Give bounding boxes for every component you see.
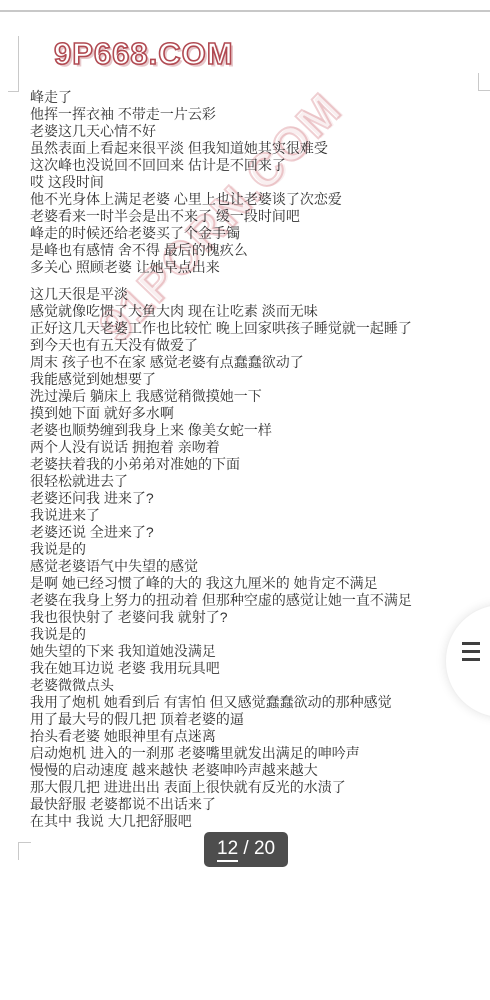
text-line: 我能感觉到她想要了 (30, 371, 470, 388)
text-line: 他不光身体上满足老婆 心里上也让老婆谈了次恋爱 (30, 191, 470, 208)
text-line: 启动炮机 进入的一刹那 老婆嘴里就发出满足的呻吟声 (30, 745, 470, 762)
page-total: 20 (254, 838, 275, 859)
text-line: 这几天很是平淡 (30, 286, 470, 303)
text-line: 老婆在我身上努力的扭动着 但那种空虚的感觉让她一直不满足 (30, 592, 470, 609)
crop-mark-top-left (8, 91, 19, 92)
text-line: 她失望的下来 我知道她没满足 (30, 643, 470, 660)
crop-mark-bottom-left (18, 842, 31, 843)
text-line: 正好这几天老婆工作也比较忙 晚上回家哄孩子睡觉就一起睡了 (30, 320, 470, 337)
text-line: 多关心 照顾老婆 让她早点出来 (30, 259, 470, 276)
text-line: 洗过澡后 躺床上 我感觉稍微摸她一下 (30, 388, 470, 405)
text-line: 老婆还说 全进来了? (30, 524, 470, 541)
text-line: 峰走的时候还给老婆买了个金手镯 (30, 225, 470, 242)
text-line: 是啊 她已经习惯了峰的大的 我这九厘米的 她肯定不满足 (30, 575, 470, 592)
text-line (30, 276, 470, 286)
text-line: 摸到她下面 就好多水啊 (30, 405, 470, 422)
text-line: 峰走了 (30, 89, 470, 106)
text-line: 感觉就像吃惯了大鱼大肉 现在让吃素 淡而无味 (30, 303, 470, 320)
text-line: 在其中 我说 大几把舒服吧 (30, 813, 470, 830)
text-line: 那大假几把 进进出出 表面上很快就有反光的水渍了 (30, 779, 470, 796)
crop-mark-top-right (478, 90, 490, 91)
text-line: 老婆微微点头 (30, 677, 470, 694)
text-line: 两个人没有说话 拥抱着 亲吻着 (30, 439, 470, 456)
text-line: 慢慢的启动速度 越来越快 老婆呻吟声越来越大 (30, 762, 470, 779)
text-line: 我说进来了 (30, 507, 470, 524)
text-line: 到今天也有五天没有做爱了 (30, 337, 470, 354)
text-line: 老婆看来一时半会是出不来了 缓一段时间吧 (30, 208, 470, 225)
text-line: 我用了炮机 她看到后 有害怕 但又感觉蠢蠢欲动的那种感觉 (30, 694, 470, 711)
text-line: 我在她耳边说 老婆 我用玩具吧 (30, 660, 470, 677)
text-line: 我也很快射了 老婆问我 就射了? (30, 609, 470, 626)
text-line: 我说是的 (30, 541, 470, 558)
text-line: 老婆也顺势缠到我身上来 像美女蛇一样 (30, 422, 470, 439)
document-body: 峰走了他挥一挥衣袖 不带走一片云彩老婆这几天心情不好虽然表面上看起来很平淡 但我… (30, 89, 470, 830)
page-current: 12 (217, 838, 238, 862)
text-line: 感觉老婆语气中失望的感觉 (30, 558, 470, 575)
text-line: 他挥一挥衣袖 不带走一片云彩 (30, 106, 470, 123)
text-line: 老婆扶着我的小弟弟对准她的下面 (30, 456, 470, 473)
crop-mark-top-left (18, 36, 19, 92)
text-line: 很轻松就进去了 (30, 473, 470, 490)
crop-mark-bottom-left (18, 842, 19, 860)
text-line: 哎 这段时间 (30, 174, 470, 191)
site-logo: 9P668.COM (54, 36, 234, 72)
text-line: 是峰也有感情 舍不得 最后的愧疚么 (30, 242, 470, 259)
text-line: 老婆这几天心情不好 (30, 123, 470, 140)
text-line: 用了最大号的假几把 顶着老婆的逼 (30, 711, 470, 728)
text-line: 这次峰也没说回不回回来 估计是不回来了 (30, 157, 470, 174)
text-line: 最快舒服 老婆都说不出话来了 (30, 796, 470, 813)
crop-mark-top-right (478, 73, 479, 91)
text-line: 我说是的 (30, 626, 470, 643)
page-number-badge[interactable]: 12 / 20 (204, 832, 288, 867)
text-line: 虽然表面上看起来很平淡 但我知道她其实很难受 (30, 140, 470, 157)
text-line: 老婆还问我 进来了? (30, 490, 470, 507)
page-separator: / (238, 838, 254, 859)
page-top-divider (0, 10, 490, 12)
text-line: 抬头看老婆 她眼神里有点迷离 (30, 728, 470, 745)
text-line: 周末 孩子也不在家 感觉老婆有点蠢蠢欲动了 (30, 354, 470, 371)
